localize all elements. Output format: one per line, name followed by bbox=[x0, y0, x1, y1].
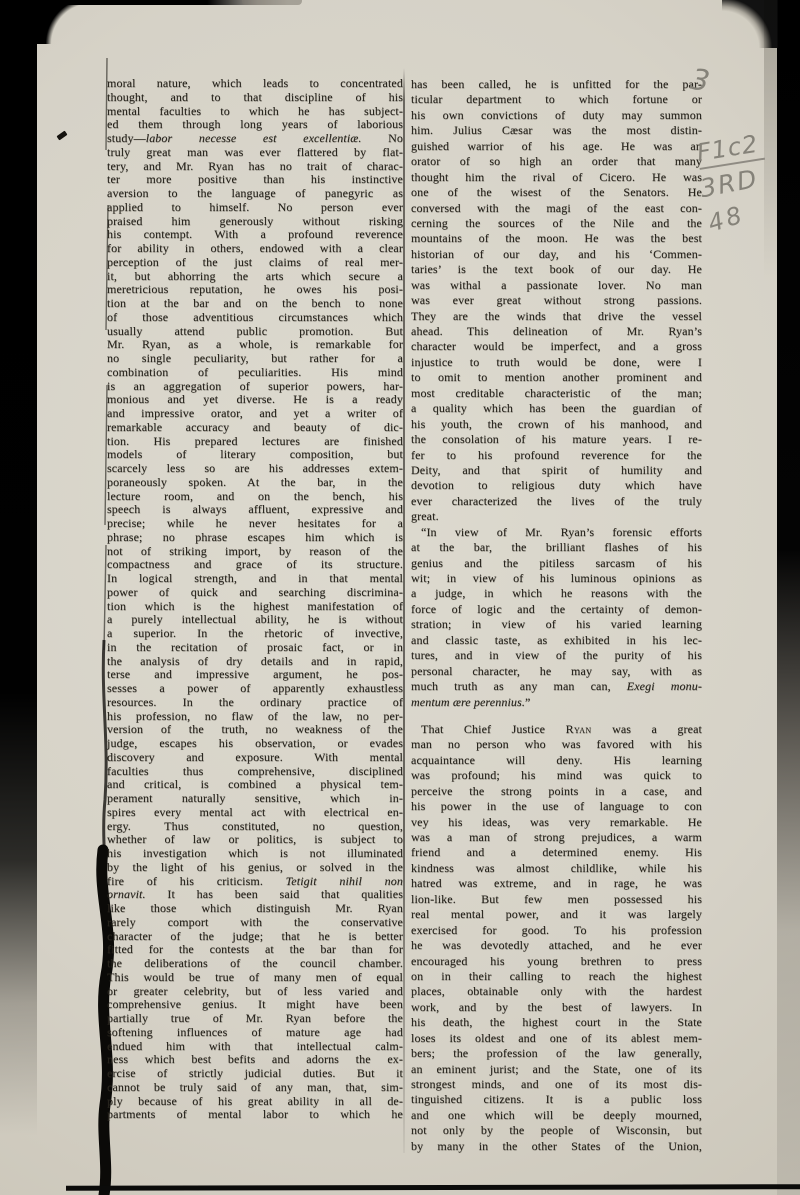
top-smudge-mark bbox=[242, 0, 302, 5]
text-segment: for ability in others, endowed with a cl… bbox=[107, 241, 403, 255]
text-line: compactness and grace of its structure. bbox=[107, 558, 403, 572]
text-segment: character would be imperfect, and a gros… bbox=[411, 339, 702, 353]
text-line: ed them through long years of laborious bbox=[107, 118, 403, 132]
text-segment: partments of mental labor to which he bbox=[107, 1107, 403, 1121]
text-segment: endued him with that intellectual calm- bbox=[107, 1039, 403, 1053]
text-line: bers; the profession of the law generall… bbox=[411, 1046, 702, 1061]
text-segment: a purely intellectual ability, he is wit… bbox=[107, 612, 403, 626]
text-line: tion which is the highest manifestation … bbox=[107, 600, 403, 614]
text-segment: whether of law or politics, is subject t… bbox=[107, 832, 403, 846]
text-line: character would be imperfect, and a gros… bbox=[411, 339, 702, 354]
text-line: Mr. Ryan, as a whole, is remarkable for bbox=[107, 338, 403, 352]
text-segment: ply because of his great ability in all … bbox=[107, 1094, 403, 1108]
text-line: has been called, he is unfitted for the … bbox=[411, 77, 702, 92]
scan-edge-left bbox=[0, 0, 37, 1195]
text-segment: Ryan bbox=[566, 722, 592, 736]
text-line: cannot be truly said of any man, that, s… bbox=[107, 1081, 403, 1095]
text-segment: speech is always affluent, expressive an… bbox=[107, 502, 403, 516]
text-segment: a superior. In the rhetoric of invective… bbox=[107, 626, 403, 640]
scan-edge-right bbox=[777, 0, 800, 1195]
text-line: devotion to religious duty which have bbox=[411, 478, 702, 493]
text-line: ness which best befits and adorns the ex… bbox=[107, 1053, 403, 1067]
text-line: the consolation of his mature years. I r… bbox=[411, 432, 702, 447]
text-line: spires every mental act with electrical … bbox=[107, 806, 403, 820]
text-segment: models of literary composition, but bbox=[107, 447, 403, 461]
text-segment: not only by the people of Wisconsin, but bbox=[411, 1123, 702, 1137]
text-line: They are the winds that drive the vessel bbox=[411, 309, 702, 324]
text-line: was profound; his mind was quick to bbox=[411, 768, 702, 783]
text-line: acquaintance will deny. His learning bbox=[411, 753, 702, 768]
text-segment: ever characterized the lives of the trul… bbox=[411, 494, 702, 508]
text-line: precise; while he never hesitates for a bbox=[107, 517, 403, 531]
text-segment: his death, the highest court in the Stat… bbox=[411, 1015, 702, 1029]
text-line: phrase; no phrase escapes him which is bbox=[107, 531, 403, 545]
text-line: and one which will be deeply mourned, bbox=[411, 1108, 702, 1123]
text-line: the analysis of dry details and in rapid… bbox=[107, 655, 403, 669]
text-line: perception of the just claims of real me… bbox=[107, 256, 403, 270]
text-segment: the analysis of dry details and in rapid… bbox=[107, 654, 403, 668]
text-segment: and impressive orator, and yet a writer … bbox=[107, 406, 403, 420]
text-segment: taries’ is the text book of our day. He bbox=[411, 262, 702, 276]
text-segment: by the light of his genius, or solved in… bbox=[107, 860, 403, 874]
text-line: encouraged his young brethren to press bbox=[411, 954, 702, 969]
text-segment: No bbox=[362, 131, 403, 145]
text-segment: moral nature, which leads to concentrate… bbox=[107, 76, 403, 90]
text-line: like those which distinguish Mr. Ryan bbox=[107, 902, 403, 916]
text-segment: faculties thus comprehensive, discipline… bbox=[107, 764, 403, 778]
text-line: one of the wisest of the Senators. He bbox=[411, 185, 702, 200]
text-segment: character of the judge; that he is bette… bbox=[107, 929, 403, 943]
text-segment: meretricious reputation, he owes his pos… bbox=[107, 282, 403, 296]
text-segment: most creditable characteristic of the ma… bbox=[411, 386, 702, 400]
text-segment: devotion to religious duty which have bbox=[411, 478, 702, 492]
text-line: tion. His prepared lectures are finished bbox=[107, 435, 403, 449]
left-column: moral nature, which leads to concentrate… bbox=[107, 77, 403, 1122]
text-segment: mountains of the moon. He was the best bbox=[411, 231, 702, 245]
text-line: was a man of strong prejudices, a warm bbox=[411, 830, 702, 845]
text-segment: perceive the strong points in a case, an… bbox=[411, 784, 702, 798]
text-segment: perament naturally sensitive, which in- bbox=[107, 791, 403, 805]
text-line: is an aggregation of superior powers, ha… bbox=[107, 380, 403, 394]
text-segment: spires every mental act with electrical … bbox=[107, 805, 403, 819]
text-line: softening influences of mature age had bbox=[107, 1026, 403, 1040]
text-segment: force of logic and the certainty of demo… bbox=[411, 602, 702, 616]
text-line bbox=[411, 710, 702, 722]
text-line: ever characterized the lives of the trul… bbox=[411, 494, 702, 509]
text-line: much truth as any man can, Exegi monu- bbox=[411, 679, 702, 694]
text-segment: vey his ideas, was very remarkable. He bbox=[411, 815, 702, 829]
text-line: his investigation which is not illuminat… bbox=[107, 847, 403, 861]
text-segment: his investigation which is not illuminat… bbox=[107, 846, 403, 860]
text-line: an eminent jurist; and the State, one of… bbox=[411, 1062, 702, 1077]
text-segment: no single peculiarity, but rather for a bbox=[107, 351, 403, 365]
text-line: poraneously spoken. At the bar, in the bbox=[107, 476, 403, 490]
text-segment: kindness was almost childlike, while his bbox=[411, 861, 702, 875]
text-line: exercised for good. To his profession bbox=[411, 923, 702, 938]
text-segment: ticular department to which fortune or bbox=[411, 92, 702, 106]
text-line: and impressive orator, and yet a writer … bbox=[107, 407, 403, 421]
text-segment: like those which distinguish Mr. Ryan bbox=[107, 901, 403, 915]
text-segment: great. bbox=[411, 509, 439, 523]
text-segment: was withal a passionate lover. No man bbox=[411, 278, 702, 292]
text-segment: lion-like. But few men possessed his bbox=[411, 892, 702, 906]
text-segment: one of the wisest of the Senators. He bbox=[411, 185, 702, 199]
text-segment: hatred was extreme, and in rage, he was bbox=[411, 876, 702, 890]
text-segment: compactness and grace of its structure. bbox=[107, 557, 403, 571]
text-segment: conversed with the magi of the east con- bbox=[411, 201, 702, 215]
text-segment: ed them through long years of laborious bbox=[107, 117, 403, 131]
text-segment: tion which is the highest manifestation … bbox=[107, 599, 403, 613]
text-segment: he was devotedly attached, and he ever bbox=[411, 938, 702, 952]
text-segment: Exegi monu- bbox=[627, 679, 702, 693]
text-line: mountains of the moon. He was the best bbox=[411, 231, 702, 246]
text-segment: was a great bbox=[592, 722, 702, 736]
text-line: meretricious reputation, he owes his pos… bbox=[107, 283, 403, 297]
scanned-newspaper-clipping: moral nature, which leads to concentrate… bbox=[0, 0, 800, 1195]
text-line: fitted for the contests at the bar than … bbox=[107, 943, 403, 957]
text-segment: Tetigit nihil non bbox=[286, 874, 403, 888]
text-line: most creditable characteristic of the ma… bbox=[411, 386, 702, 401]
text-segment: That Chief Justice bbox=[421, 722, 566, 736]
text-line: sesses a power of apparently exhaustless bbox=[107, 682, 403, 696]
text-line: version of the truth, no weakness of the bbox=[107, 723, 403, 737]
text-segment: wit; in view of his luminous opinions as bbox=[411, 571, 702, 585]
text-segment: lecture room, and on the bench, his bbox=[107, 489, 403, 503]
text-segment: historian of our day, and his ‘Commen- bbox=[411, 247, 702, 261]
text-segment: poraneously spoken. At the bar, in the bbox=[107, 475, 403, 489]
text-line: genius and the pitiless sarcasm of his bbox=[411, 556, 702, 571]
text-line: he was devotedly attached, and he ever bbox=[411, 938, 702, 953]
text-segment: In logical strength, and in that mental bbox=[107, 571, 403, 585]
text-segment: terse and impressive argument, he pos- bbox=[107, 667, 403, 681]
text-segment: mental faculties to which he has subject… bbox=[107, 104, 403, 118]
text-line: of those adventitious circumstances whic… bbox=[107, 311, 403, 325]
text-segment: version of the truth, no weakness of the bbox=[107, 722, 403, 736]
text-line: models of literary composition, but bbox=[107, 448, 403, 462]
text-line: In logical strength, and in that mental bbox=[107, 572, 403, 586]
text-line: a quality which has been the guardian of bbox=[411, 401, 702, 416]
text-segment: sesses a power of apparently exhaustless bbox=[107, 681, 403, 695]
text-segment: orator of so high an order that many bbox=[411, 154, 702, 168]
text-line: on in their calling to reach the highest bbox=[411, 969, 702, 984]
text-segment: study— bbox=[107, 131, 146, 145]
paper-corner-topleft bbox=[36, 0, 92, 44]
text-line: not only by the people of Wisconsin, but bbox=[411, 1123, 702, 1138]
text-line: stration; in view of his varied learning bbox=[411, 617, 702, 632]
text-segment: acquaintance will deny. His learning bbox=[411, 753, 702, 767]
text-line: real mental power, and it was largely bbox=[411, 907, 702, 922]
text-line: friend and a determined enemy. His bbox=[411, 845, 702, 860]
text-line: no single peculiarity, but rather for a bbox=[107, 352, 403, 366]
text-segment: tinguished citizens. It is a public loss bbox=[411, 1092, 702, 1106]
text-segment: thought, and to that discipline of his bbox=[107, 90, 403, 104]
text-line: resources. In the ordinary practice of bbox=[107, 696, 403, 710]
text-line: tery, and Mr. Ryan has no trait of chara… bbox=[107, 160, 403, 174]
text-segment: a quality which has been the guardian of bbox=[411, 401, 702, 415]
text-segment: judge, escapes his observation, or evade… bbox=[107, 736, 403, 750]
text-segment: injustice to truth would be done, were I bbox=[411, 355, 702, 369]
text-line: kindness was almost childlike, while his bbox=[411, 861, 702, 876]
text-segment: strongest minds, and one of its most dis… bbox=[411, 1077, 702, 1091]
text-line: ticular department to which fortune or bbox=[411, 92, 702, 107]
text-line: his contempt. With a profound reverence bbox=[107, 228, 403, 242]
text-segment: personal character, he may say, with as bbox=[411, 664, 702, 678]
text-line: This would be true of many men of equal bbox=[107, 971, 403, 985]
text-line: wit; in view of his luminous opinions as bbox=[411, 571, 702, 586]
text-line: ergy. Thus constituted, no question, bbox=[107, 820, 403, 834]
text-line: rarely comport with the conservative bbox=[107, 916, 403, 930]
text-line: at the bar, the brilliant flashes of his bbox=[411, 540, 702, 555]
text-segment: ercise of strictly judicial duties. But … bbox=[107, 1066, 403, 1080]
text-segment: him. Julius Cæsar was the most distin- bbox=[411, 123, 702, 137]
text-line: by the light of his genius, or solved in… bbox=[107, 861, 403, 875]
text-line: ornavit. It has been said that qualities bbox=[107, 888, 403, 902]
text-segment: tery, and Mr. Ryan has no trait of chara… bbox=[107, 159, 403, 173]
text-segment: work, and by the best of lawyers. In bbox=[411, 1000, 702, 1014]
text-segment: combination of peculiarities. His mind bbox=[107, 365, 403, 379]
text-line: force of logic and the certainty of demo… bbox=[411, 602, 702, 617]
text-line: fer to his profound reverence for the bbox=[411, 448, 702, 463]
text-line: conversed with the magi of the east con- bbox=[411, 201, 702, 216]
text-segment: it, but abhorring the arts which secure … bbox=[107, 269, 403, 283]
text-segment: discovery and exposure. With mental bbox=[107, 750, 403, 764]
text-line: fire of his criticism. Tetigit nihil non bbox=[107, 875, 403, 889]
text-line: orator of so high an order that many bbox=[411, 154, 702, 169]
text-segment: “In view of Mr. Ryan’s forensic efforts bbox=[421, 525, 702, 539]
text-line: places, obtainable only with the hardest bbox=[411, 984, 702, 999]
text-line: moral nature, which leads to concentrate… bbox=[107, 77, 403, 91]
text-line: ercise of strictly judicial duties. But … bbox=[107, 1067, 403, 1081]
text-segment: This would be true of many men of equal bbox=[107, 970, 403, 984]
text-segment: aversion to the language of panegyric as bbox=[107, 186, 403, 200]
text-line: it, but abhorring the arts which secure … bbox=[107, 270, 403, 284]
text-line: was withal a passionate lover. No man bbox=[411, 278, 702, 293]
text-line: great. bbox=[411, 509, 702, 524]
text-segment: labor necesse est excellentiæ. bbox=[146, 131, 362, 145]
text-line: was ever great without strong passions. bbox=[411, 293, 702, 308]
text-line: historian of our day, and his ‘Commen- bbox=[411, 247, 702, 262]
text-segment: They are the winds that drive the vessel bbox=[411, 309, 702, 323]
text-segment: places, obtainable only with the hardest bbox=[411, 984, 702, 998]
text-line: mental faculties to which he has subject… bbox=[107, 105, 403, 119]
text-segment: not of striking import, by reason of the bbox=[107, 544, 403, 558]
right-column: has been called, he is unfitted for the … bbox=[411, 77, 702, 1154]
text-line: a purely intellectual ability, he is wit… bbox=[107, 613, 403, 627]
text-line: whether of law or politics, is subject t… bbox=[107, 833, 403, 847]
text-line: partments of mental labor to which he bbox=[107, 1108, 403, 1122]
text-line: thought, and to that discipline of his bbox=[107, 91, 403, 105]
text-segment: and critical, is combined a physical tem… bbox=[107, 777, 403, 791]
text-line: Deity, and that spirit of humility and bbox=[411, 463, 702, 478]
text-segment: of those adventitious circumstances whic… bbox=[107, 310, 403, 324]
text-segment: fitted for the contests at the bar than … bbox=[107, 942, 403, 956]
text-segment: tion. His prepared lectures are finished bbox=[107, 434, 403, 448]
text-segment: ness which best befits and adorns the ex… bbox=[107, 1052, 403, 1066]
text-line: study—labor necesse est excellentiæ. No bbox=[107, 132, 403, 146]
text-line: for ability in others, endowed with a cl… bbox=[107, 242, 403, 256]
text-line: thought him the rival of Cicero. He was bbox=[411, 170, 702, 185]
text-segment: partially true of Mr. Ryan before the bbox=[107, 1011, 403, 1025]
text-segment: his youth, the crown of his manhood, and bbox=[411, 417, 702, 431]
text-line: faculties thus comprehensive, discipline… bbox=[107, 765, 403, 779]
text-segment: remarkable accuracy and beauty of dic- bbox=[107, 420, 403, 434]
text-segment: on in their calling to reach the highest bbox=[411, 969, 702, 983]
text-line: ply because of his great ability in all … bbox=[107, 1095, 403, 1109]
text-line: not of striking import, by reason of the bbox=[107, 545, 403, 559]
text-line: tures, and in view of the purity of his bbox=[411, 648, 702, 663]
text-line: man no person who was favored with his bbox=[411, 737, 702, 752]
text-line: his death, the highest court in the Stat… bbox=[411, 1015, 702, 1030]
text-segment: tures, and in view of the purity of his bbox=[411, 648, 702, 662]
text-line: tion at the bar and on the bench to none bbox=[107, 297, 403, 311]
text-line: hatred was extreme, and in rage, he was bbox=[411, 876, 702, 891]
text-line: mentum ære perennius.” bbox=[411, 695, 702, 710]
text-line: tinguished citizens. It is a public loss bbox=[411, 1092, 702, 1107]
text-line: power of quick and searching discrimina- bbox=[107, 586, 403, 600]
text-line: guished warrior of his age. He was an bbox=[411, 139, 702, 154]
text-line: ter more positive than his instinctive bbox=[107, 173, 403, 187]
text-segment: usually attend public promotion. But bbox=[107, 324, 403, 338]
text-segment: applied to himself. No person ever bbox=[107, 200, 403, 214]
text-segment: is an aggregation of superior powers, ha… bbox=[107, 379, 403, 393]
column-divider-rule bbox=[403, 68, 405, 1153]
text-segment: has been called, he is unfitted for the … bbox=[411, 77, 702, 91]
text-line: monious and yet diverse. He is a ready bbox=[107, 393, 403, 407]
text-segment: his profession, no flaw of the law, no p… bbox=[107, 709, 403, 723]
text-segment: precise; while he never hesitates for a bbox=[107, 516, 403, 530]
text-line: him. Julius Cæsar was the most distin- bbox=[411, 123, 702, 138]
text-segment: man no person who was favored with his bbox=[411, 737, 702, 751]
text-line: terse and impressive argument, he pos- bbox=[107, 668, 403, 682]
text-segment: and one which will be deeply mourned, bbox=[411, 1108, 702, 1122]
text-line: to omit to mention another prominent and bbox=[411, 370, 702, 385]
text-segment: ” bbox=[525, 695, 530, 709]
text-line: a superior. In the rhetoric of invective… bbox=[107, 627, 403, 641]
text-segment: resources. In the ordinary practice of bbox=[107, 695, 403, 709]
text-line: perament naturally sensitive, which in- bbox=[107, 792, 403, 806]
text-line: character of the judge; that he is bette… bbox=[107, 930, 403, 944]
text-segment: comprehensive genius. It might have been bbox=[107, 997, 403, 1011]
text-segment: the deliberations of the council chamber… bbox=[107, 956, 403, 970]
text-segment: was a man of strong prejudices, a warm bbox=[411, 830, 702, 844]
text-segment: at the bar, the brilliant flashes of his bbox=[411, 540, 702, 554]
text-segment: fer to his profound reverence for the bbox=[411, 448, 702, 462]
text-line: discovery and exposure. With mental bbox=[107, 751, 403, 765]
text-line: work, and by the best of lawyers. In bbox=[411, 1000, 702, 1015]
text-segment: tion at the bar and on the bench to none bbox=[107, 296, 403, 310]
text-line: by many in the other States of the Union… bbox=[411, 1139, 702, 1154]
text-segment: encouraged his young brethren to press bbox=[411, 954, 702, 968]
text-segment: the consolation of his mature years. I r… bbox=[411, 432, 702, 446]
text-line: his own convictions of duty may summon bbox=[411, 108, 702, 123]
paper-corner-topright bbox=[722, 0, 778, 48]
text-line: That Chief Justice Ryan was a great bbox=[411, 722, 702, 737]
text-line: cerning the sources of the Nile and the bbox=[411, 216, 702, 231]
text-line: his power in the use of language to con bbox=[411, 799, 702, 814]
text-line: usually attend public promotion. But bbox=[107, 325, 403, 339]
text-segment: softening influences of mature age had bbox=[107, 1025, 403, 1039]
text-segment: truly great man was ever flattered by fl… bbox=[107, 145, 403, 159]
text-line: truly great man was ever flattered by fl… bbox=[107, 146, 403, 160]
text-segment: cannot be truly said of any man, that, s… bbox=[107, 1080, 403, 1094]
text-line: partially true of Mr. Ryan before the bbox=[107, 1012, 403, 1026]
text-line: his youth, the crown of his manhood, and bbox=[411, 417, 702, 432]
text-line: the deliberations of the council chamber… bbox=[107, 957, 403, 971]
text-segment: phrase; no phrase escapes him which is bbox=[107, 530, 403, 544]
text-segment: was profound; his mind was quick to bbox=[411, 768, 702, 782]
text-segment: by many in the other States of the Union… bbox=[411, 1139, 702, 1153]
text-line: injustice to truth would be done, were I bbox=[411, 355, 702, 370]
text-line: “In view of Mr. Ryan’s forensic efforts bbox=[411, 525, 702, 540]
text-line: combination of peculiarities. His mind bbox=[107, 366, 403, 380]
text-segment: praised him generously without risking bbox=[107, 214, 403, 228]
text-segment: Mr. Ryan, as a whole, is remarkable for bbox=[107, 337, 403, 351]
text-segment: friend and a determined enemy. His bbox=[411, 845, 702, 859]
text-segment: guished warrior of his age. He was an bbox=[411, 139, 702, 153]
text-line: loses its oldest and one of its ablest m… bbox=[411, 1031, 702, 1046]
text-segment: ahead. This delineation of Mr. Ryan’s bbox=[411, 324, 702, 338]
text-line: scarcely less so are his addresses extem… bbox=[107, 462, 403, 476]
text-segment: real mental power, and it was largely bbox=[411, 907, 702, 921]
text-segment: Deity, and that spirit of humility and bbox=[411, 463, 702, 477]
text-line: vey his ideas, was very remarkable. He bbox=[411, 815, 702, 830]
text-segment: ter more positive than his instinctive bbox=[107, 172, 403, 186]
text-segment: monious and yet diverse. He is a ready bbox=[107, 392, 403, 406]
text-line: ahead. This delineation of Mr. Ryan’s bbox=[411, 324, 702, 339]
text-segment: cerning the sources of the Nile and the bbox=[411, 216, 702, 230]
text-segment: his own convictions of duty may summon bbox=[411, 108, 702, 122]
text-line: comprehensive genius. It might have been bbox=[107, 998, 403, 1012]
text-line: praised him generously without risking bbox=[107, 215, 403, 229]
text-segment: mentum ære perennius. bbox=[411, 695, 525, 709]
text-segment: thought him the rival of Cicero. He was bbox=[411, 170, 702, 184]
text-line: in the recitation of prosaic fact, or in bbox=[107, 641, 403, 655]
text-line: endued him with that intellectual calm- bbox=[107, 1040, 403, 1054]
text-line: his profession, no flaw of the law, no p… bbox=[107, 710, 403, 724]
text-line: perceive the strong points in a case, an… bbox=[411, 784, 702, 799]
text-segment: perception of the just claims of real me… bbox=[107, 255, 403, 269]
text-segment: a judge, in which he reasons with the bbox=[411, 586, 702, 600]
text-line: judge, escapes his observation, or evade… bbox=[107, 737, 403, 751]
text-segment: genius and the pitiless sarcasm of his bbox=[411, 556, 702, 570]
text-segment: bers; the profession of the law generall… bbox=[411, 1046, 702, 1060]
text-line: a judge, in which he reasons with the bbox=[411, 586, 702, 601]
text-line: remarkable accuracy and beauty of dic- bbox=[107, 421, 403, 435]
text-segment: ornavit. bbox=[107, 887, 146, 901]
text-segment: exercised for good. To his profession bbox=[411, 923, 702, 937]
text-segment: an eminent jurist; and the State, one of… bbox=[411, 1062, 702, 1076]
text-line: personal character, he may say, with as bbox=[411, 664, 702, 679]
text-segment: It has been said that qualities bbox=[146, 887, 403, 901]
text-segment: and classic taste, as exhibited in his l… bbox=[411, 633, 702, 647]
text-segment: his power in the use of language to con bbox=[411, 799, 702, 813]
text-segment: power of quick and searching discrimina- bbox=[107, 585, 403, 599]
text-line: lion-like. But few men possessed his bbox=[411, 892, 702, 907]
text-line: or greater celebrity, but of less varied… bbox=[107, 985, 403, 999]
text-segment: was ever great without strong passions. bbox=[411, 293, 702, 307]
text-line: applied to himself. No person ever bbox=[107, 201, 403, 215]
text-segment: rarely comport with the conservative bbox=[107, 915, 403, 929]
text-segment: much truth as any man can, bbox=[411, 679, 627, 693]
text-line: taries’ is the text book of our day. He bbox=[411, 262, 702, 277]
text-segment: to omit to mention another prominent and bbox=[411, 370, 702, 384]
text-segment: scarcely less so are his addresses extem… bbox=[107, 461, 403, 475]
text-segment: loses its oldest and one of its ablest m… bbox=[411, 1031, 702, 1045]
text-segment: or greater celebrity, but of less varied… bbox=[107, 984, 403, 998]
text-line: strongest minds, and one of its most dis… bbox=[411, 1077, 702, 1092]
text-segment: his contempt. With a profound reverence bbox=[107, 227, 403, 241]
text-segment: fire of his criticism. bbox=[107, 874, 286, 888]
